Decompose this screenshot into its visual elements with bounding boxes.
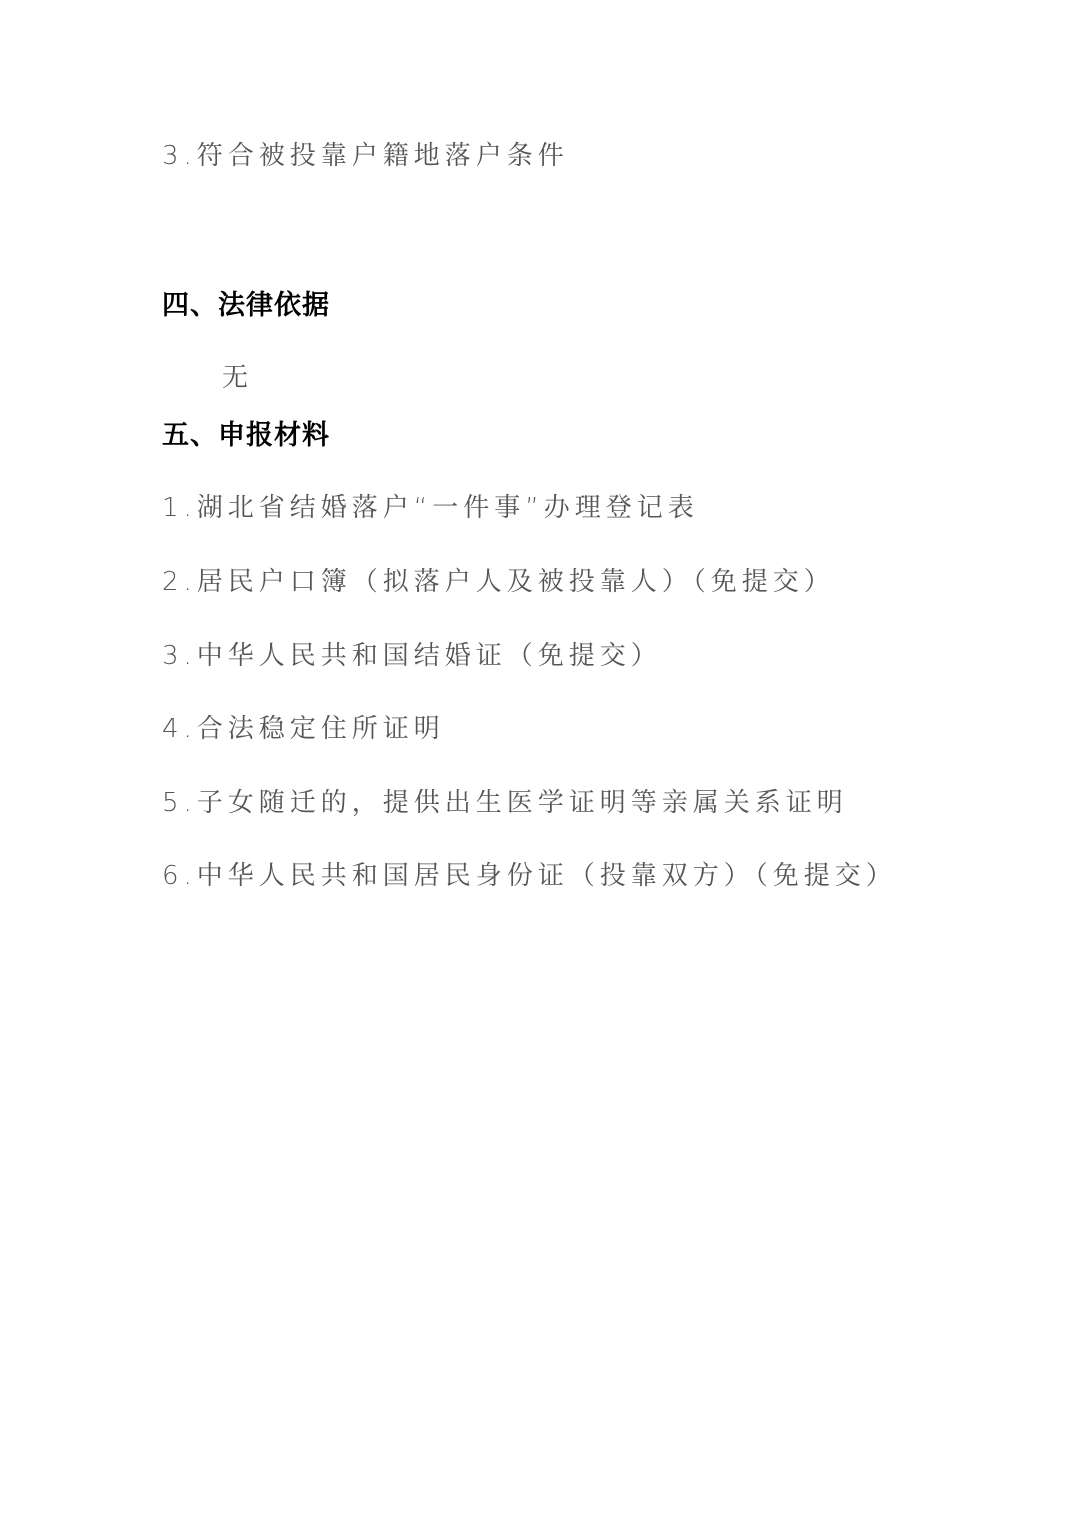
- condition-item-3: 3.符合被投靠户籍地落户条件: [162, 140, 569, 172]
- material-item-2: 2.居民户口簿（拟落户人及被投靠人）（免提交）: [162, 566, 835, 598]
- material-item-3: 3.中华人民共和国结婚证（免提交）: [162, 640, 662, 672]
- material-item-5: 5.子女随迁的，提供出生医学证明等亲属关系证明: [162, 787, 848, 819]
- material-item-4: 4.合法稳定住所证明: [162, 713, 445, 745]
- document-page: 3.符合被投靠户籍地落户条件 四、法律依据 无 五、申报材料 1.湖北省结婚落户…: [0, 0, 1074, 1520]
- material-item-1: 1.湖北省结婚落户“一件事”办理登记表: [162, 492, 699, 524]
- legal-basis-text: 无: [222, 362, 253, 394]
- section-heading-legal-basis: 四、法律依据: [162, 290, 330, 322]
- section-heading-materials: 五、申报材料: [162, 420, 330, 452]
- material-item-6: 6.中华人民共和国居民身份证（投靠双方）（免提交）: [162, 860, 897, 892]
